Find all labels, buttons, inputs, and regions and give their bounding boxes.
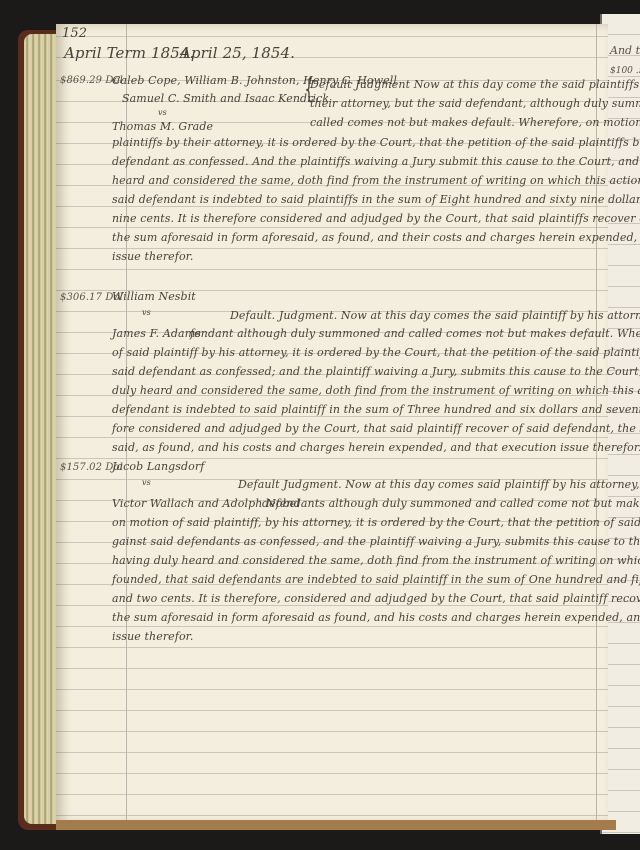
term-heading: April Term 1854. — [64, 44, 194, 62]
entry-heading: their attorney, but the said defendant, … — [310, 97, 640, 110]
versus: vs — [142, 478, 151, 487]
defendant: Thomas M. Grade — [112, 120, 213, 133]
versus: vs — [142, 308, 151, 317]
entry-heading: Default Judgment. Now at this day comes … — [238, 478, 640, 491]
facing-page-amount: $100 .52 due — [610, 66, 640, 76]
entry-text-line: gainst said defendants as confessed, and… — [112, 535, 640, 548]
entry-text-line: defendants although duly summoned and ca… — [262, 497, 640, 510]
entry-text-line: fendant although duly summoned and calle… — [190, 327, 640, 340]
entry-text-line: plaintiffs by their attorney, it is orde… — [112, 136, 640, 149]
entry-text-line: of said plaintiff by his attorney, it is… — [112, 346, 640, 359]
page-edges — [24, 34, 58, 824]
page-bottom-edge — [56, 820, 616, 830]
entry-text-line: said defendant is indebted to said plain… — [112, 193, 640, 206]
entry-text-line: nine cents. It is therefore considered a… — [112, 212, 640, 225]
entry-text-line: said defendant as confessed; and the pla… — [112, 365, 640, 378]
page-number: 152 — [62, 26, 87, 41]
entry-heading: Default Judgment Now at this day come th… — [310, 78, 640, 91]
entry-text-line: and two cents. It is therefore, consider… — [112, 592, 640, 605]
plaintiff: Jacob Langsdorf — [112, 460, 204, 473]
entry-text-line: said, as found, and his costs and charge… — [112, 441, 640, 454]
plaintiff: William Nesbit — [112, 290, 196, 303]
entry-text-line: on motion of said plaintiff, by his atto… — [112, 516, 640, 529]
entry-text-line: issue therefor. — [112, 630, 193, 643]
entry-text-line: fore considered and adjudged by the Cour… — [112, 422, 640, 435]
entry-text-line: heard and considered the same, doth find… — [112, 174, 640, 187]
entry-text-line: defendant is indebted to said plaintiff … — [112, 403, 640, 416]
entry-text-line: defendant as confessed. And the plaintif… — [112, 155, 640, 168]
entry-text-line: having duly heard and considered the sam… — [112, 554, 640, 567]
facing-page-text: And the — [610, 44, 640, 57]
entry-text-line: issue therefor. — [112, 250, 193, 263]
entry-text-line: duly heard and considered the same, doth… — [112, 384, 640, 397]
entry-heading: called comes not but makes default. Wher… — [310, 116, 640, 129]
entry-text-line: the sum aforesaid in form aforesaid, as … — [112, 231, 640, 244]
entry-heading: Default. Judgment. Now at this day comes… — [230, 309, 640, 322]
versus: vs — [158, 108, 167, 117]
entry-text-line: the sum aforesaid in form aforesaid as f… — [112, 611, 640, 624]
date-heading: April 25, 1854. — [180, 44, 295, 62]
defendant: James F. Adams — [112, 327, 201, 340]
plaintiffs-cont: Samuel C. Smith and Isaac Kendrick — [122, 92, 329, 105]
entry-text-line: founded, that said defendants are indebt… — [112, 573, 640, 586]
